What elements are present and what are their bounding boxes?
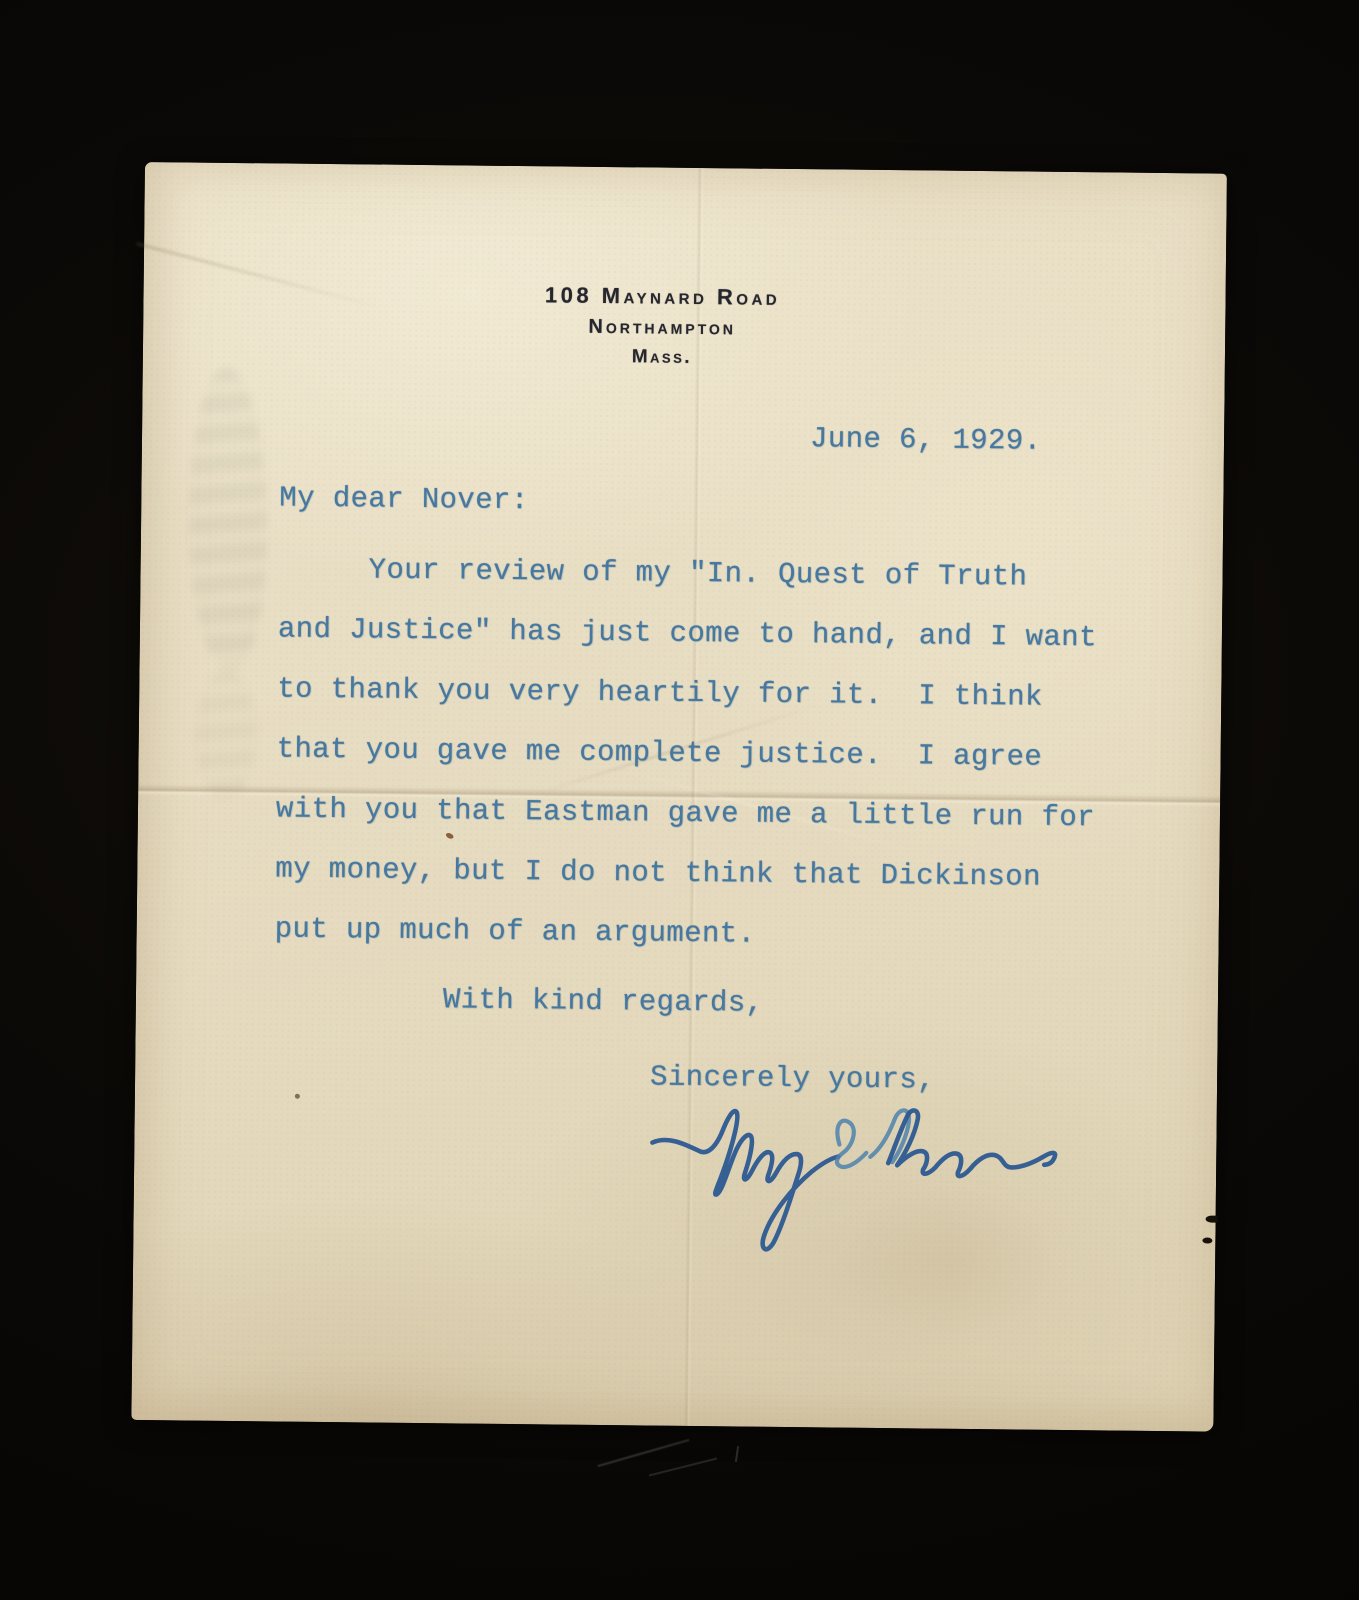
body-line: and Justice" has just come to hand, and …: [278, 599, 1098, 668]
body-line: put up much of an argument.: [274, 899, 1094, 968]
salutation: My dear Nover:: [279, 481, 529, 517]
date-line: June 6, 1929.: [810, 422, 1042, 458]
edge-tear: [1206, 1216, 1218, 1223]
mat-scratch: [649, 1458, 717, 1477]
body-line: with you that Eastman gave me a little r…: [276, 779, 1096, 848]
letter-body: Your review of my "In. Quest of Truth an…: [274, 539, 1097, 968]
body-line: that you gave me complete justice. I agr…: [276, 719, 1096, 788]
body-line: Your review of my "In. Quest of Truth: [278, 539, 1098, 608]
signature-autograph: Harry E Barnes: [638, 1102, 1070, 1262]
scanned-letter-photo: 108 Maynard Road Northampton Mass. June …: [0, 0, 1359, 1600]
mat-scratch: [598, 1439, 690, 1467]
mat-scratch: [735, 1446, 739, 1462]
body-line: my money, but I do not think that Dickin…: [275, 839, 1095, 908]
letter-paper: 108 Maynard Road Northampton Mass. June …: [131, 162, 1227, 1432]
ink-speck: [295, 1094, 300, 1099]
letterhead-city: Northampton: [121, 311, 1203, 346]
body-line: to thank you very heartily for it. I thi…: [277, 659, 1097, 728]
valediction-line: Sincerely yours,: [650, 1061, 935, 1097]
edge-tear: [1202, 1238, 1212, 1244]
closing-line: With kind regards,: [443, 983, 764, 1019]
letterhead: 108 Maynard Road Northampton Mass.: [121, 278, 1204, 375]
